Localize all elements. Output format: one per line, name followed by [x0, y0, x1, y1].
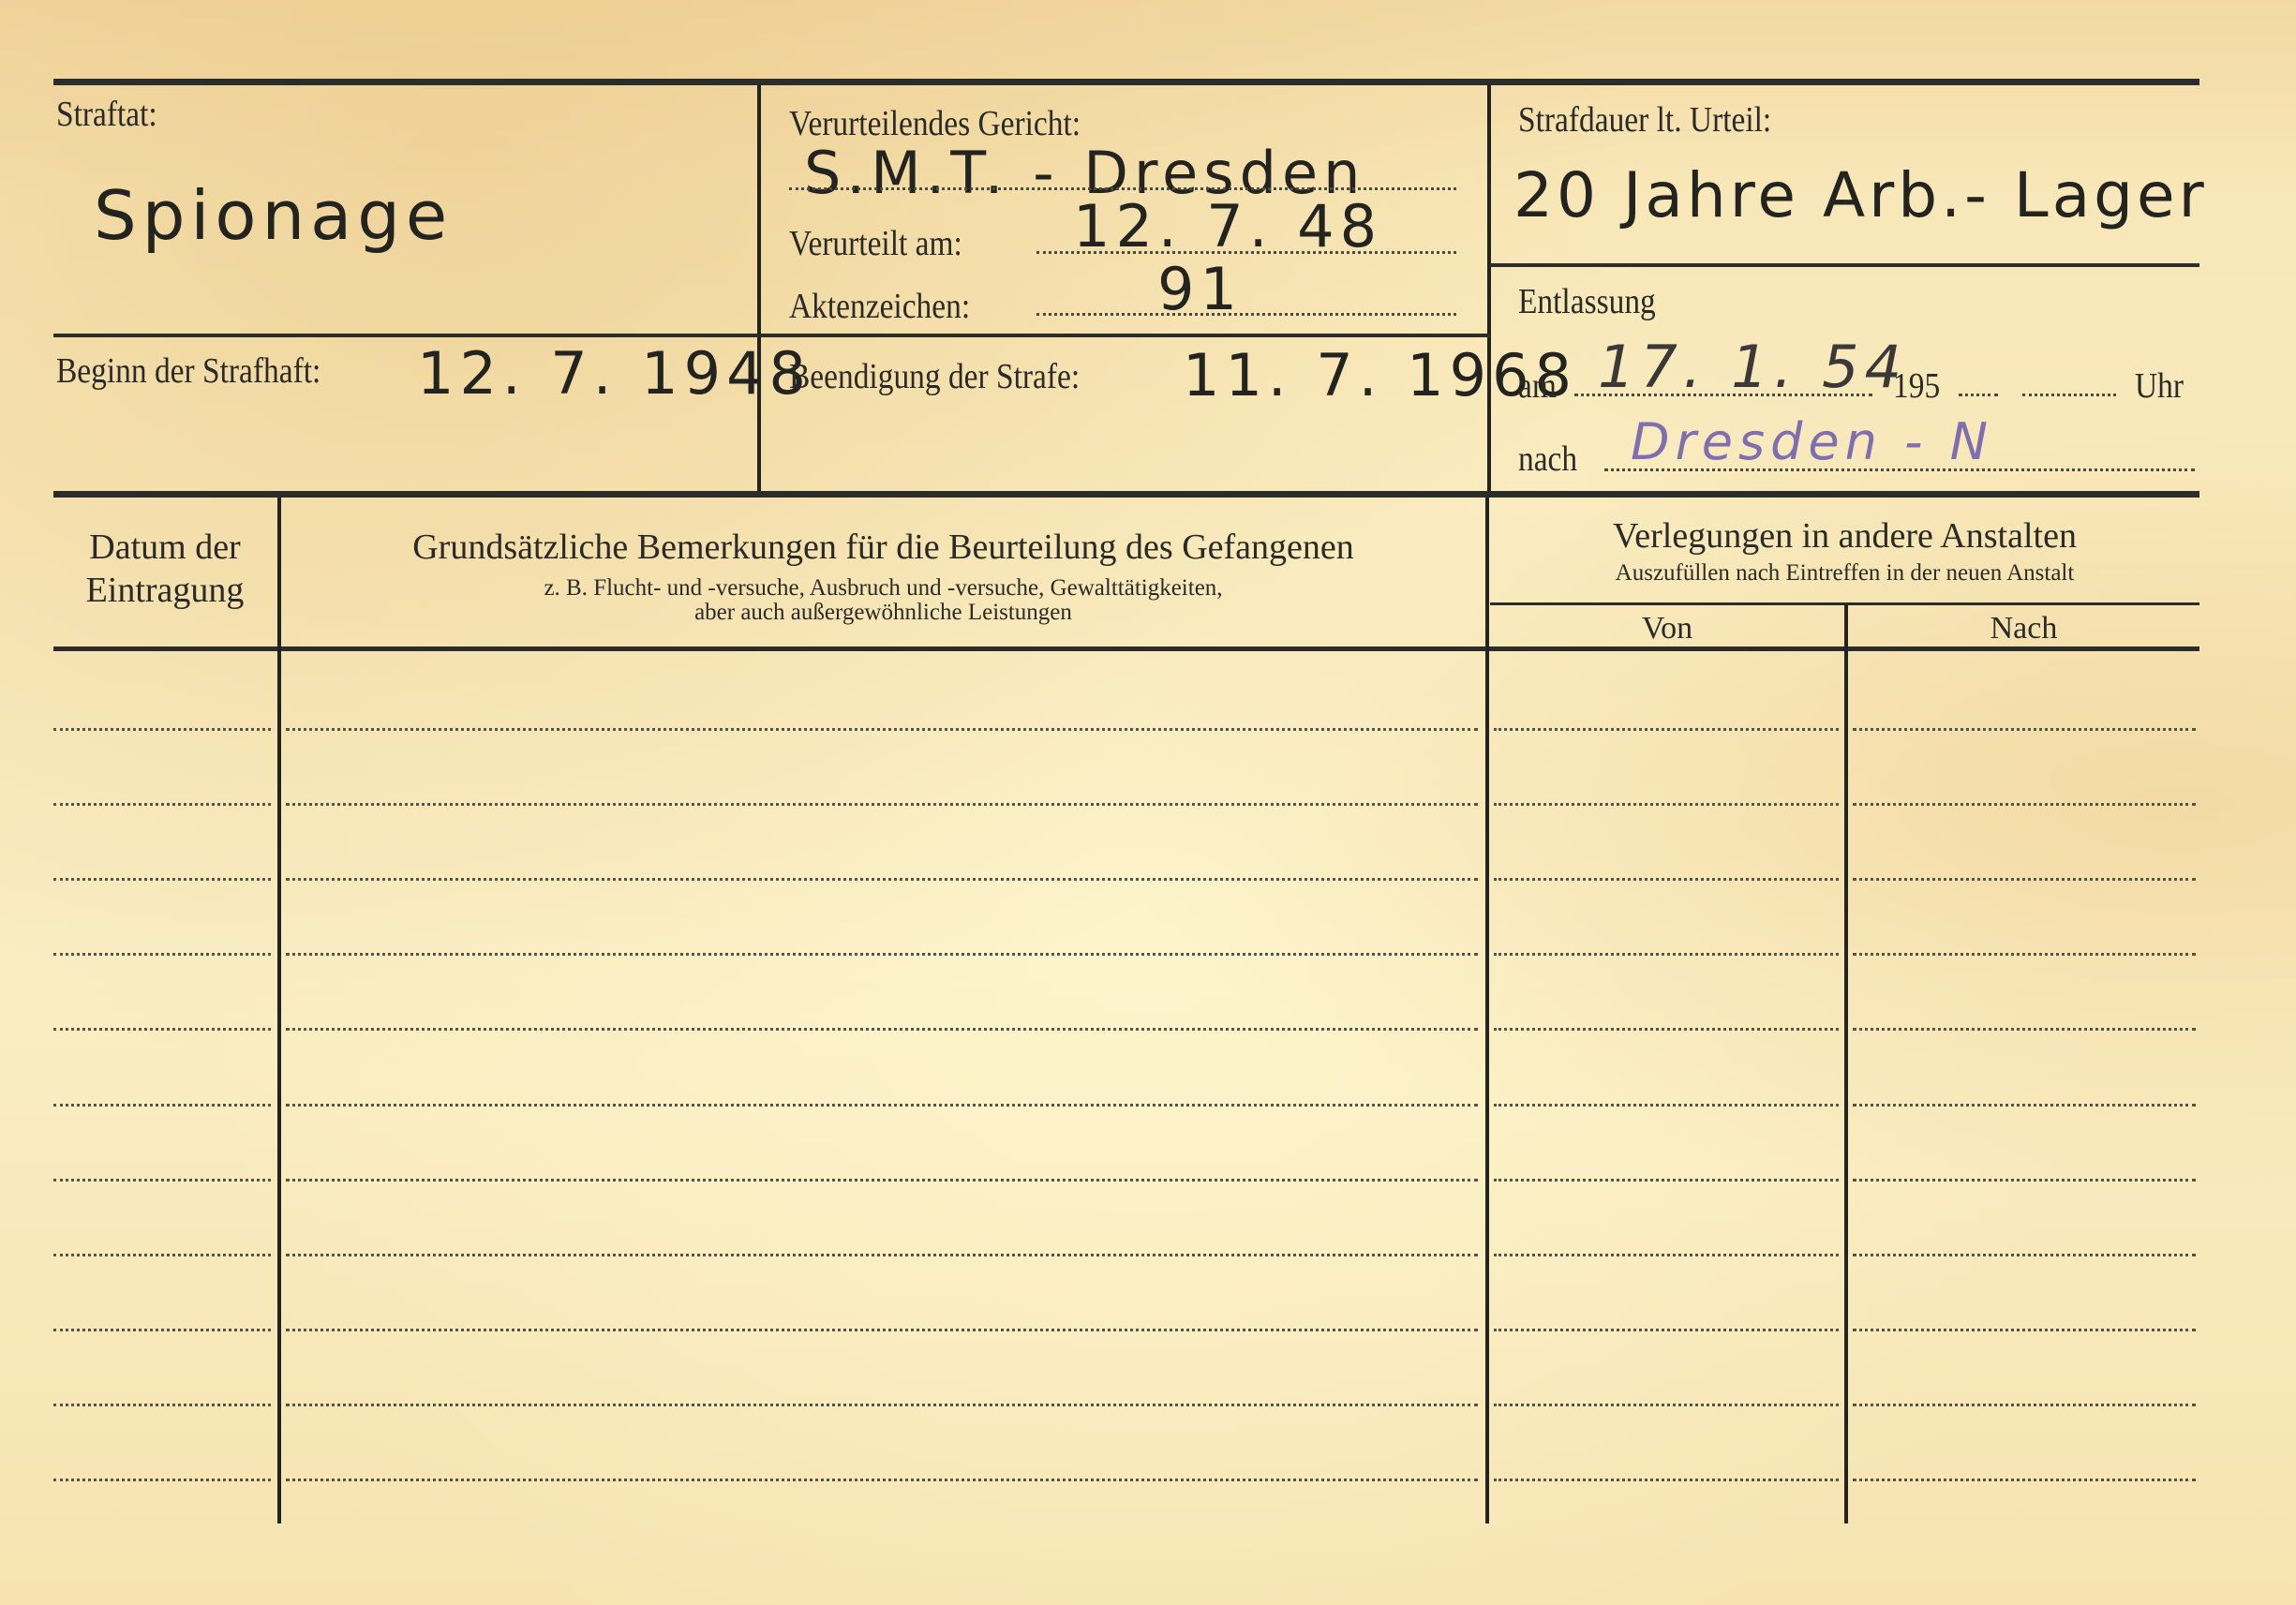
nach-cell[interactable] — [1853, 1104, 2196, 1107]
beendigung-label: Beendigung der Strafe: — [789, 356, 1080, 397]
datum-cell[interactable] — [53, 1179, 271, 1181]
right-section-divider — [1490, 263, 2199, 267]
entlassung-label: Entlassung — [1518, 281, 1656, 322]
nach-cell[interactable] — [1853, 1479, 2196, 1481]
von-cell[interactable] — [1494, 1104, 1839, 1107]
entlassung-am-value[interactable]: 17. 1. 54 — [1598, 333, 1907, 401]
bemerkungen-header-title: Grundsätzliche Bemerkungen für die Beurt… — [281, 527, 1485, 568]
bemerkungen-cell[interactable] — [286, 1104, 1478, 1107]
entlassung-nach-label: nach — [1518, 438, 1577, 480]
table-header-bottom — [53, 646, 2199, 651]
top-border-line — [53, 79, 2199, 85]
verurteilt-am-label: Verurteilt am: — [789, 223, 962, 264]
verlegungen-header-sub: Auszufüllen nach Eintreffen in der neuen… — [1490, 560, 2199, 587]
verlegungen-header-title: Verlegungen in andere Anstalten — [1490, 515, 2199, 557]
datum-cell[interactable] — [53, 1329, 271, 1331]
bemerkungen-cell[interactable] — [286, 1479, 1478, 1481]
datum-cell[interactable] — [53, 1404, 271, 1406]
entlassung-uhr-label: Uhr — [2135, 365, 2184, 407]
row-divider-left — [53, 334, 1490, 337]
datum-cell[interactable] — [53, 728, 271, 731]
von-cell[interactable] — [1494, 728, 1839, 731]
divider-von-nach-column — [1844, 604, 1848, 1523]
divider-left-middle-top — [757, 84, 761, 494]
datum-cell[interactable] — [53, 803, 271, 806]
nach-cell[interactable] — [1853, 728, 2196, 731]
datum-cell[interactable] — [53, 1479, 271, 1481]
bemerkungen-header-sub1: z. B. Flucht- und -versuche, Ausbruch un… — [281, 575, 1485, 602]
nach-cell[interactable] — [1853, 953, 2196, 956]
aktenzeichen-dotted-line — [1036, 313, 1456, 316]
entlassung-am-label: am — [1518, 365, 1557, 407]
datum-cell[interactable] — [53, 1028, 271, 1031]
von-header: Von — [1490, 611, 1844, 646]
datum-cell[interactable] — [53, 1254, 271, 1256]
divider-datum-column — [277, 498, 281, 1523]
divider-bemerkungen-column — [1485, 498, 1489, 1523]
datum-cell[interactable] — [53, 953, 271, 956]
datum-header-line1: Datum der — [56, 527, 274, 568]
bemerkungen-header-sub2: aber auch außergewöhnliche Leistungen — [281, 600, 1485, 626]
divider-middle-right-top — [1487, 84, 1491, 494]
von-cell[interactable] — [1494, 1329, 1839, 1331]
aktenzeichen-label: Aktenzeichen: — [789, 286, 970, 327]
gericht-dotted-line — [789, 187, 1456, 190]
straftat-value[interactable]: Spionage — [94, 176, 453, 255]
nach-header: Nach — [1848, 611, 2199, 646]
von-cell[interactable] — [1494, 878, 1839, 881]
nach-cell[interactable] — [1853, 803, 2196, 806]
von-cell[interactable] — [1494, 953, 1839, 956]
datum-cell[interactable] — [53, 1104, 271, 1107]
bemerkungen-cell[interactable] — [286, 803, 1478, 806]
von-cell[interactable] — [1494, 1479, 1839, 1481]
beginn-value[interactable]: 12. 7. 1948 — [417, 339, 812, 408]
nach-cell[interactable] — [1853, 1404, 2196, 1406]
bemerkungen-cell[interactable] — [286, 953, 1478, 956]
von-cell[interactable] — [1494, 1254, 1839, 1256]
aktenzeichen-value[interactable]: 91 — [1157, 255, 1243, 323]
nach-cell[interactable] — [1853, 1179, 2196, 1181]
von-cell[interactable] — [1494, 1404, 1839, 1406]
table-top-border — [53, 491, 2199, 498]
datum-cell[interactable] — [53, 878, 271, 881]
strafdauer-label: Strafdauer lt. Urteil: — [1518, 99, 1771, 141]
entlassung-time-dotted-line — [2022, 394, 2116, 396]
entlassung-year-prefix: 195 — [1893, 365, 1940, 407]
bemerkungen-cell[interactable] — [286, 1179, 1478, 1181]
von-cell[interactable] — [1494, 1028, 1839, 1031]
entlassung-year-dotted-line — [1959, 394, 1998, 396]
datum-header-line2: Eintragung — [56, 570, 274, 611]
bemerkungen-cell[interactable] — [286, 728, 1478, 731]
nach-cell[interactable] — [1853, 1329, 2196, 1331]
bemerkungen-cell[interactable] — [286, 1329, 1478, 1331]
bemerkungen-cell[interactable] — [286, 1404, 1478, 1406]
straftat-label: Straftat: — [56, 94, 157, 135]
bemerkungen-cell[interactable] — [286, 1254, 1478, 1256]
bemerkungen-cell[interactable] — [286, 878, 1478, 881]
von-cell[interactable] — [1494, 803, 1839, 806]
verurteilt-am-value[interactable]: 12. 7. 48 — [1073, 192, 1382, 260]
nach-cell[interactable] — [1853, 1028, 2196, 1031]
strafdauer-value[interactable]: 20 Jahre Arb.- Lager — [1513, 159, 2208, 231]
nach-cell[interactable] — [1853, 1254, 2196, 1256]
entlassung-nach-value[interactable]: Dresden - N — [1631, 412, 1993, 471]
nach-cell[interactable] — [1853, 878, 2196, 881]
beginn-label: Beginn der Strafhaft: — [56, 350, 321, 392]
von-cell[interactable] — [1494, 1179, 1839, 1181]
bemerkungen-cell[interactable] — [286, 1028, 1478, 1031]
